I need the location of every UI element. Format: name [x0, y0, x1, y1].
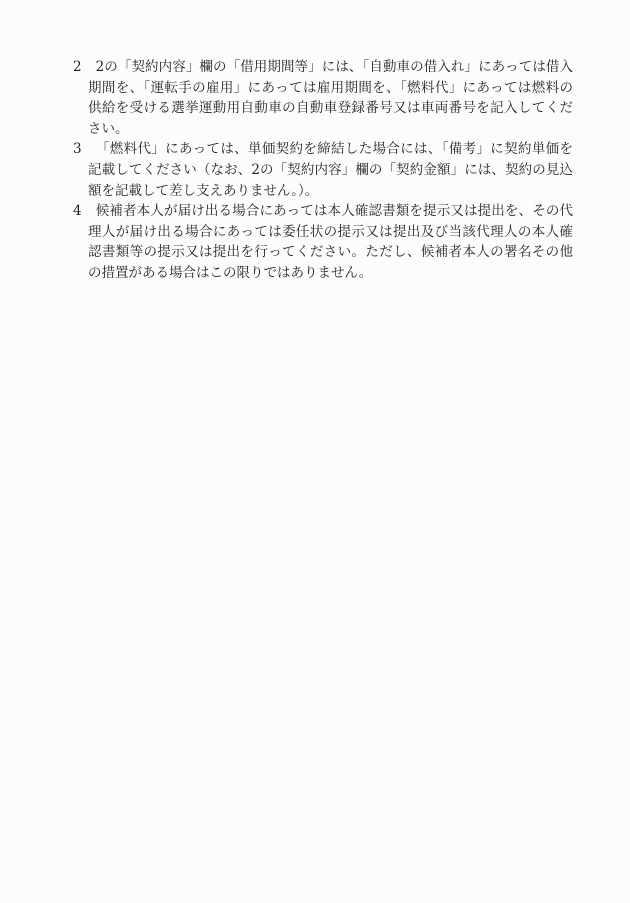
document-page: 22の「契約内容」欄の「借用期間等」には、「自動車の借入れ」にあっては借入期間を…: [0, 0, 630, 903]
note-number: 4: [73, 201, 82, 222]
note-item-4: 4候補者本人が届け出る場合にあっては本人確認書類を提示又は提出を、その代理人が届…: [73, 201, 573, 283]
note-item-2: 22の「契約内容」欄の「借用期間等」には、「自動車の借入れ」にあっては借入期間を…: [73, 57, 573, 139]
note-text: 「燃料代」にあっては、単価契約を締結した場合には、「備考」に契約単価を記載してく…: [88, 141, 573, 198]
note-text: 2の「契約内容」欄の「借用期間等」には、「自動車の借入れ」にあっては借入期間を、…: [88, 59, 573, 137]
note-text: 候補者本人が届け出る場合にあっては本人確認書類を提示又は提出を、その代理人が届け…: [88, 203, 573, 281]
note-item-3: 3「燃料代」にあっては、単価契約を締結した場合には、「備考」に契約単価を記載して…: [73, 139, 573, 201]
notes-list: 22の「契約内容」欄の「借用期間等」には、「自動車の借入れ」にあっては借入期間を…: [73, 57, 573, 284]
note-number: 2: [73, 57, 82, 78]
note-number: 3: [73, 139, 82, 160]
